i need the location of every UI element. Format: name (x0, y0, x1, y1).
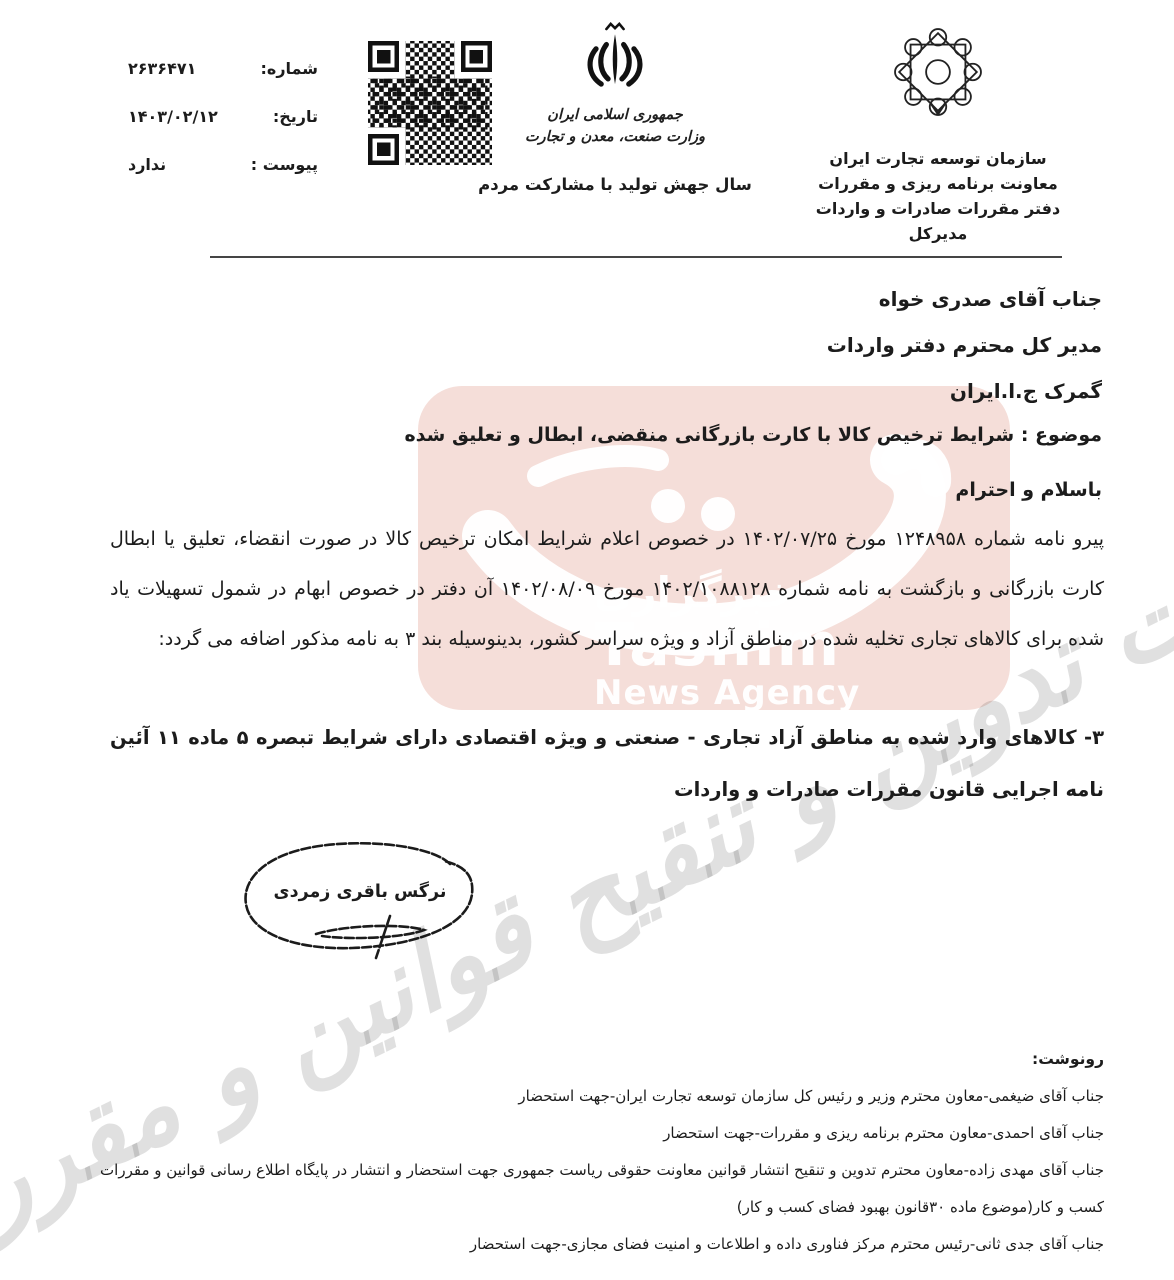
seal-ring-text: Trade Promotion Organization of Iran · T… (874, 8, 878, 10)
letter-number-row: شماره: ۲۶۳۶۴۷۱ (128, 44, 318, 92)
letter-attachment-row: پیوست : ندارد (128, 140, 318, 188)
recipient-block: جناب آقای صدری خواه مدیر کل محترم دفتر و… (827, 276, 1102, 414)
year-slogan: سال جهش تولید با مشارکت مردم (462, 175, 768, 194)
cc-item: جناب آقای مهدی زاده-معاون محترم تدوین و … (86, 1152, 1104, 1226)
org-director-general: مدیرکل (792, 221, 1084, 246)
cc-item: جناب آقای ضیغمی-معاون محترم وزیر و رئیس … (86, 1078, 1104, 1115)
cc-section: رونوشت: جناب آقای ضیغمی-معاون محترم وزیر… (86, 1040, 1104, 1263)
organization-lines: سازمان توسعه تجارت ایران معاونت برنامه ر… (792, 146, 1084, 246)
org-office: دفتر مقررات صادرات و واردات (792, 196, 1084, 221)
tasnim-agency-label: News Agency (594, 676, 860, 710)
body-paragraph: پیرو نامه شماره ۱۲۴۸۹۵۸ مورخ ۱۴۰۲/۰۷/۲۵ … (110, 514, 1104, 664)
cc-item: جناب آقای احمدی-معاون محترم برنامه ریزی … (86, 1115, 1104, 1152)
letter-meta-block: شماره: ۲۶۳۶۴۷۱ تاریخ: ۱۴۰۳/۰۲/۱۲ پیوست :… (128, 44, 318, 188)
subject-line: موضوع : شرایط ترخیص کالا با کارت بازرگان… (112, 424, 1102, 446)
recipient-organization: گمرک ج.ا.ایران (827, 368, 1102, 414)
org-deputy: معاونت برنامه ریزی و مقررات (792, 171, 1084, 196)
number-label: شماره: (260, 59, 318, 78)
recipient-title: مدیر کل محترم دفتر واردات (827, 322, 1102, 368)
org-name: سازمان توسعه تجارت ایران (792, 146, 1084, 171)
number-value: ۲۶۳۶۴۷۱ (128, 59, 196, 78)
country-name: جمهوری اسلامی ایران (462, 104, 768, 126)
svg-text:Trade Promotion Organization o: Trade Promotion Organization of Iran · T… (874, 8, 878, 10)
date-label: تاریخ: (273, 107, 318, 126)
signature-ellipse-icon (238, 836, 482, 968)
date-value: ۱۴۰۳/۰۲/۱۲ (128, 107, 218, 126)
iran-emblem-icon (572, 20, 658, 100)
recipient-name: جناب آقای صدری خواه (827, 276, 1102, 322)
header-divider-line (210, 256, 1062, 258)
salutation-line: باسلام و احترام (955, 479, 1102, 501)
ministry-name: وزارت صنعت، معدن و تجارت (462, 126, 768, 148)
tpo-seal-icon: Trade Promotion Organization of Iran · T… (874, 8, 1002, 136)
signer-name: نرگس باقری زمردی (238, 882, 482, 902)
cc-label: رونوشت: (86, 1040, 1104, 1078)
clause-3-paragraph: ۳- کالاهای وارد شده به مناطق آزاد تجاری … (110, 712, 1104, 816)
organization-header-block: Trade Promotion Organization of Iran · T… (792, 8, 1084, 246)
attachment-label: پیوست : (251, 155, 318, 174)
ministry-header-block: جمهوری اسلامی ایران وزارت صنعت، معدن و ت… (462, 20, 768, 194)
attachment-value: ندارد (128, 155, 166, 174)
cc-item: جناب آقای جدی ثانی-رئیس محترم مرکز فناور… (86, 1226, 1104, 1263)
scanned-letter-page: خبرگزاری Tasnim News Agency معاونت تدوین… (0, 0, 1174, 1280)
signature-block: نرگس باقری زمردی (238, 836, 482, 968)
letter-date-row: تاریخ: ۱۴۰۳/۰۲/۱۲ (128, 92, 318, 140)
